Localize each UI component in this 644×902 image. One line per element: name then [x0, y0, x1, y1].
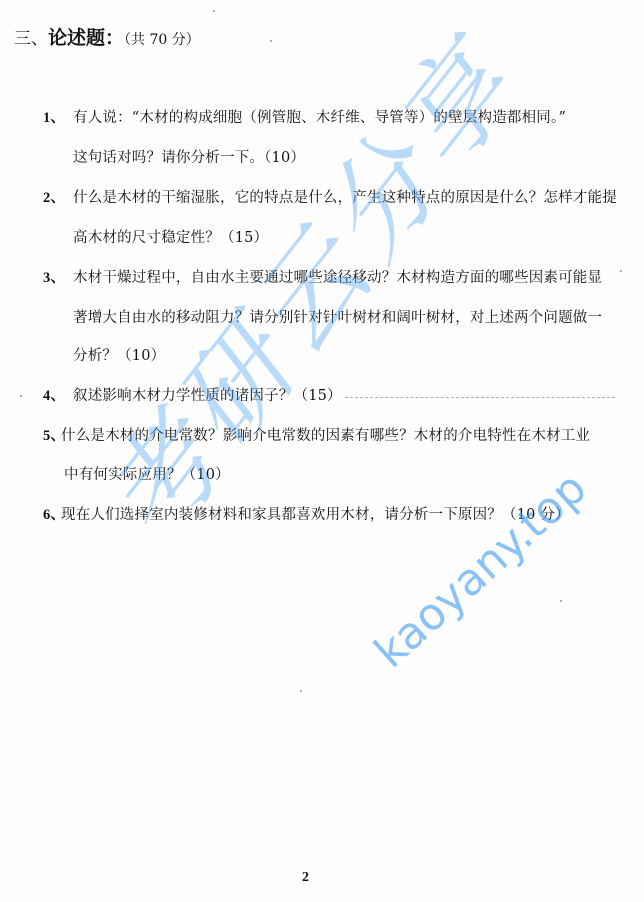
- question-text: 高木材的尺寸稳定性？（15）: [73, 230, 268, 246]
- question-text: 分析？（10）: [73, 348, 165, 364]
- scan-speck: [620, 270, 622, 272]
- scan-speck: [560, 600, 562, 602]
- question-3: 3、木材干燥过程中，自由水主要通过哪些途径移动？木材构造方面的哪些因素可能显: [43, 268, 602, 288]
- section-heading: 三、论述题：（共 70 分）: [14, 26, 200, 52]
- question-text: 中有何实际应用？（10）: [64, 467, 230, 483]
- scan-artifact-dashes: [345, 397, 615, 399]
- question-5: 5、什么是木材的介电常数？影响介电常数的因素有哪些？木材的介电特性在木材工业: [43, 426, 590, 446]
- question-number: 4、: [43, 386, 73, 406]
- question-text: 现在人们选择室内装修材料和家具都喜欢用木材，请分析一下原因？（10 分）: [61, 507, 570, 523]
- watermark-english: kaoyany.top: [365, 462, 596, 677]
- question-6: 6、现在人们选择室内装修材料和家具都喜欢用木材，请分析一下原因？（10 分）: [43, 505, 570, 525]
- question-text: 什么是木材的介电常数？影响介电常数的因素有哪些？木材的介电特性在木材工业: [61, 428, 590, 444]
- question-1-continued: 这句话对吗？请你分析一下。（10）: [73, 148, 305, 168]
- question-number: 6、: [43, 505, 61, 525]
- question-2: 2、什么是木材的干缩湿胀，它的特点是什么，产生这种特点的原因是什么？怎样才能提: [43, 188, 617, 208]
- question-text: 这句话对吗？请你分析一下。（10）: [73, 150, 305, 166]
- question-number: 1、: [43, 108, 73, 128]
- scan-speck: [270, 40, 272, 42]
- question-3-continued-2: 分析？（10）: [73, 346, 165, 366]
- section-score: （共 70 分）: [124, 32, 200, 48]
- section-number: 三、: [14, 29, 48, 49]
- question-5-continued: 中有何实际应用？（10）: [64, 465, 230, 485]
- scan-speck: [213, 10, 215, 12]
- question-text: 什么是木材的干缩湿胀，它的特点是什么，产生这种特点的原因是什么？怎样才能提: [73, 190, 617, 206]
- section-colon: ：: [105, 27, 124, 49]
- question-text: 叙述影响木材力学性质的诸因子？（15）: [73, 388, 342, 404]
- question-4: 4、叙述影响木材力学性质的诸因子？（15）: [43, 386, 342, 406]
- scan-speck: [20, 395, 22, 397]
- question-1: 1、有人说：“木材的构成细胞（例管胞、木纤维、导管等）的壁层构造都相同。”: [43, 108, 566, 128]
- section-title: 论述题: [48, 27, 105, 49]
- question-number: 3、: [43, 268, 73, 288]
- page-number: 2: [302, 870, 309, 886]
- question-text: 有人说：“木材的构成细胞（例管胞、木纤维、导管等）的壁层构造都相同。”: [73, 110, 566, 126]
- question-text: 著增大自由水的移动阻力？请分别针对针叶树材和阔叶树材，对上述两个问题做一: [73, 310, 602, 326]
- question-text: 木材干燥过程中，自由水主要通过哪些途径移动？木材构造方面的哪些因素可能显: [73, 270, 602, 286]
- question-number: 5、: [43, 426, 61, 446]
- question-number: 2、: [43, 188, 73, 208]
- question-3-continued-1: 著增大自由水的移动阻力？请分别针对针叶树材和阔叶树材，对上述两个问题做一: [73, 308, 602, 328]
- scan-speck: [300, 690, 302, 692]
- exam-page: 三、论述题：（共 70 分） 1、有人说：“木材的构成细胞（例管胞、木纤维、导管…: [0, 0, 644, 902]
- question-2-continued: 高木材的尺寸稳定性？（15）: [73, 228, 268, 248]
